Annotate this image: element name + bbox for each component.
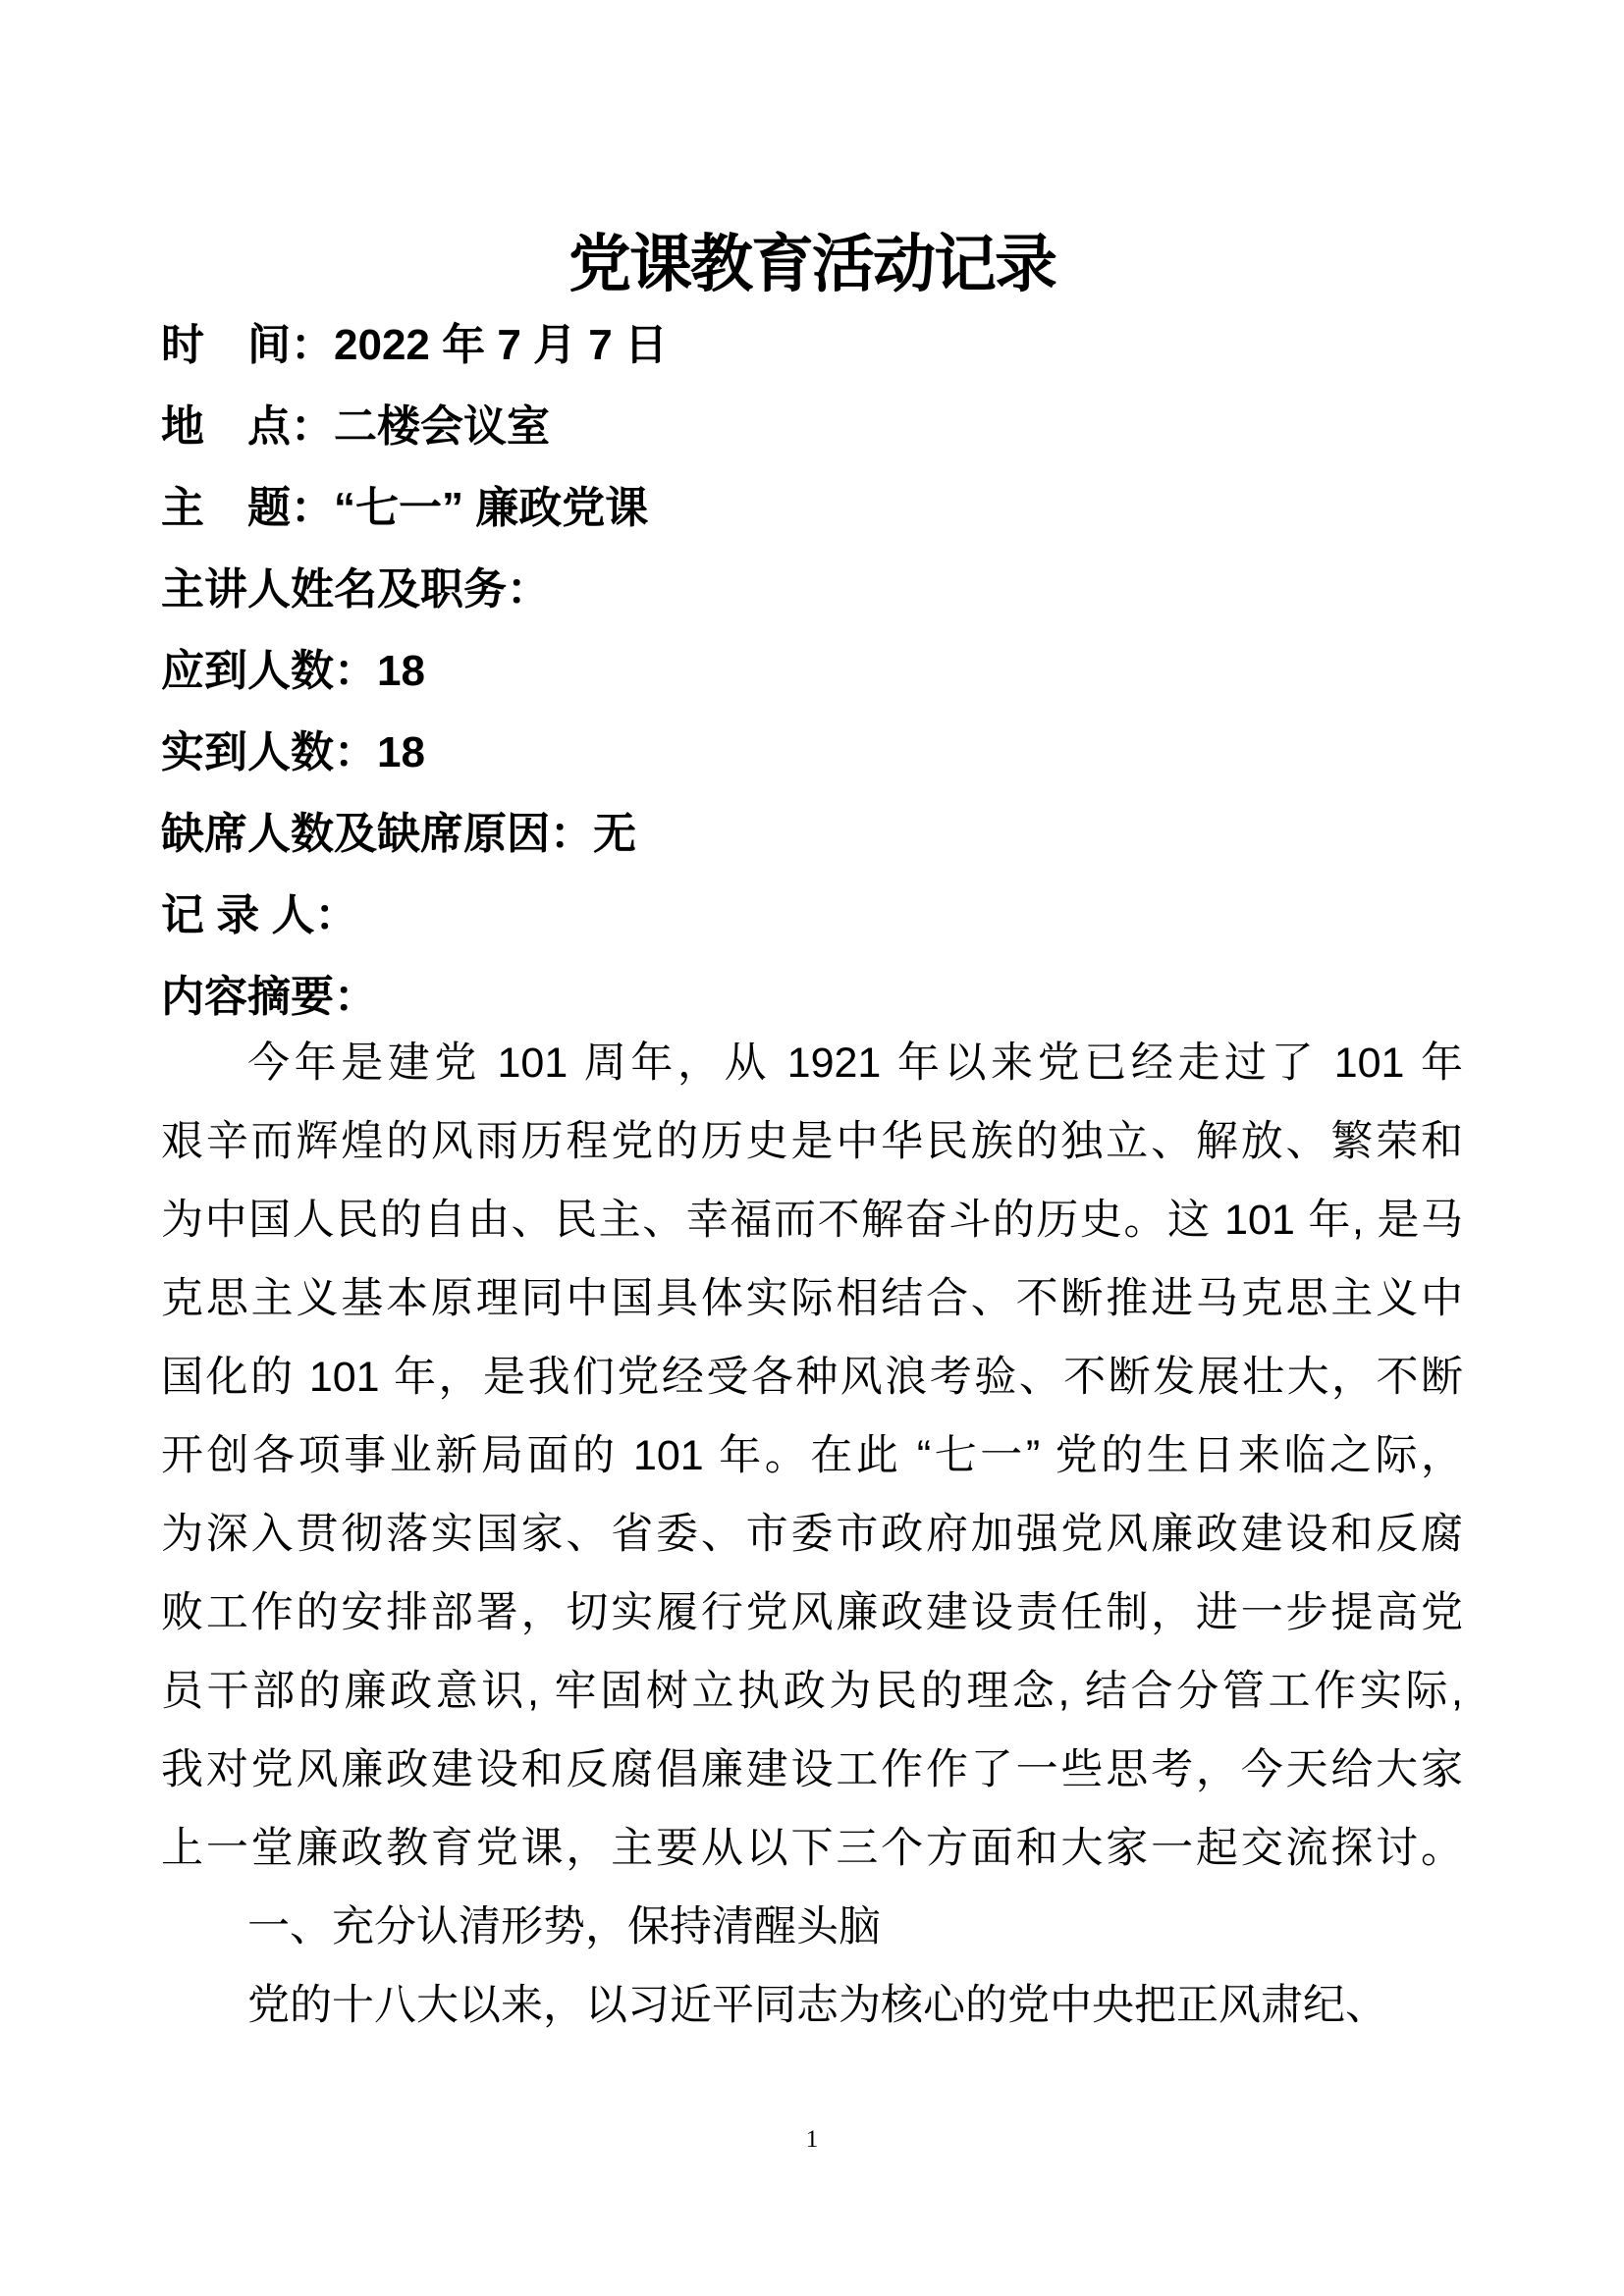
field-label: 实到人数： <box>161 728 377 776</box>
field-label: 缺席人数及缺席原因： <box>161 810 593 858</box>
body-line: 为中国人民的自由、民主、幸福而不解奋斗的历史。这 101 年, 是马 <box>161 1181 1463 1259</box>
section-heading: 一、充分认清形势，保持清醒头脑 <box>161 1888 1463 1966</box>
field-row-absent: 缺席人数及缺席原因：无 <box>161 793 1463 875</box>
field-row-expected-count: 应到人数：18 <box>161 630 1463 712</box>
field-row-place: 地 点：二楼会议室 <box>161 386 1463 467</box>
body-line: 员干部的廉政意识, 牢固树立执政为民的理念, 结合分管工作实际, <box>161 1652 1463 1731</box>
field-value: 二楼会议室 <box>334 402 550 451</box>
page-title: 党课教育活动记录 <box>161 224 1463 304</box>
field-label: 地 点： <box>161 402 334 451</box>
document-page: 党课教育活动记录 时 间：2022 年 7 月 7 日 地 点：二楼会议室 主 … <box>0 0 1624 2296</box>
field-value: 18 <box>377 647 425 695</box>
body-line: 艰辛而辉煌的风雨历程党的历史是中华民族的独立、解放、繁荣和 <box>161 1102 1463 1181</box>
body-line: 我对党风廉政建设和反腐倡廉建设工作作了一些思考，今天给大家 <box>161 1731 1463 1809</box>
body-line: 今年是建党 101 周年，从 1921 年以来党已经走过了 101 年 <box>161 1024 1463 1102</box>
field-row-topic: 主 题：“七一” 廉政党课 <box>161 467 1463 549</box>
body-line: 开创各项事业新局面的 101 年。在此 “七一” 党的生日来临之际， <box>161 1416 1463 1495</box>
field-value: 18 <box>377 728 425 776</box>
field-row-speaker: 主讲人姓名及职务： <box>161 549 1463 630</box>
field-row-time: 时 间：2022 年 7 月 7 日 <box>161 304 1463 386</box>
field-row-recorder: 记 录 人： <box>161 875 1463 956</box>
page-number: 1 <box>0 2120 1624 2160</box>
field-label: 应到人数： <box>161 647 377 695</box>
document-content: 党课教育活动记录 时 间：2022 年 7 月 7 日 地 点：二楼会议室 主 … <box>161 224 1463 2045</box>
body-line: 上一堂廉政教育党课，主要从以下三个方面和大家一起交流探讨。 <box>161 1809 1463 1888</box>
field-value: “七一” 廉政党课 <box>334 484 648 532</box>
field-value: 2022 年 7 月 7 日 <box>334 321 668 369</box>
body-line: 败工作的安排部署，切实履行党风廉政建设责任制，进一步提高党 <box>161 1574 1463 1652</box>
field-label: 内容摘要： <box>161 973 377 1021</box>
field-list: 时 间：2022 年 7 月 7 日 地 点：二楼会议室 主 题：“七一” 廉政… <box>161 304 1463 1038</box>
field-row-actual-count: 实到人数：18 <box>161 712 1463 793</box>
field-label: 记 录 人： <box>161 891 357 939</box>
body-line: 为深入贯彻落实国家、省委、市委市政府加强党风廉政建设和反腐 <box>161 1495 1463 1574</box>
body-line: 党的十八大以来，以习近平同志为核心的党中央把正风肃纪、 <box>161 1966 1463 2045</box>
field-value: 无 <box>593 810 636 858</box>
summary-paragraph: 今年是建党 101 周年，从 1921 年以来党已经走过了 101 年 艰辛而辉… <box>161 1024 1463 2045</box>
field-label: 主讲人姓名及职务： <box>161 565 550 614</box>
body-line: 国化的 101 年，是我们党经受各种风浪考验、不断发展壮大，不断 <box>161 1338 1463 1416</box>
field-label: 主 题： <box>161 484 334 532</box>
body-line: 克思主义基本原理同中国具体实际相结合、不断推进马克思主义中 <box>161 1259 1463 1338</box>
field-label: 时 间： <box>161 321 334 369</box>
